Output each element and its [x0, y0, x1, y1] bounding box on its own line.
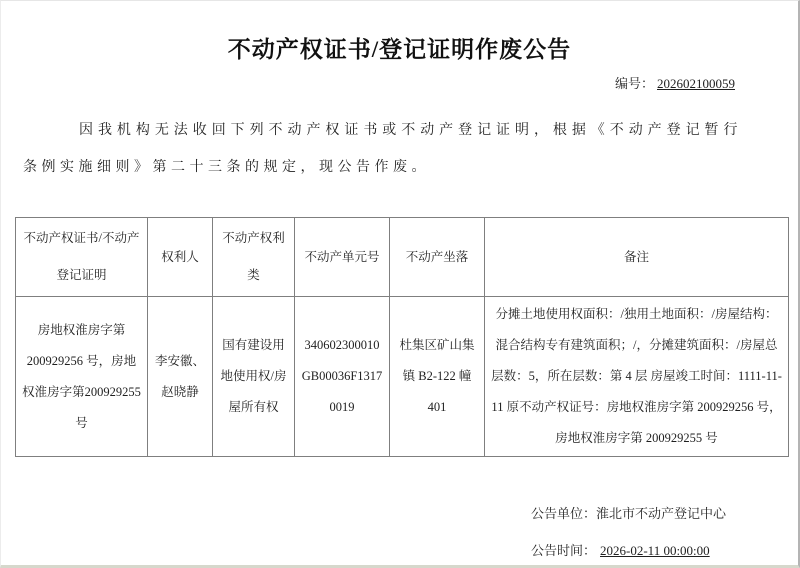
table-header-row: 不动产权证书/不动产登记证明 权利人 不动产权利类 不动产单元号 不动产坐落 备… — [16, 218, 789, 297]
footer-block: 公告单位：淮北市不动产登记中心 公告时间：2026-02-11 00:00:00 — [531, 495, 798, 568]
cell-right-holder: 李安徽、赵晓静 — [148, 297, 213, 457]
doc-number-line: 编号：202602100059 — [1, 73, 798, 92]
header-certificate-number: 不动产权证书/不动产登记证明 — [16, 218, 148, 297]
announce-unit-value: 淮北市不动产登记中心 — [596, 506, 726, 521]
cell-unit-number: 340602300010GB00036F13170019 — [295, 297, 390, 457]
doc-number-label: 编号： — [615, 76, 654, 91]
header-unit-number: 不动产单元号 — [295, 218, 390, 297]
cell-certificate-number: 房地权淮房字第200929256 号，房地权淮房字第200929255 号 — [16, 297, 148, 457]
cell-location: 杜集区矿山集镇 B2-122 幢 401 — [390, 297, 485, 457]
announce-unit-label: 公告单位： — [531, 506, 596, 521]
header-right-type: 不动产权利类 — [213, 218, 295, 297]
header-remarks: 备注 — [485, 218, 789, 297]
announce-time-line: 公告时间：2026-02-11 00:00:00 — [531, 532, 798, 568]
header-right-holder: 权利人 — [148, 218, 213, 297]
announce-unit-line: 公告单位：淮北市不动产登记中心 — [531, 495, 798, 532]
invalidation-table: 不动产权证书/不动产登记证明 权利人 不动产权利类 不动产单元号 不动产坐落 备… — [15, 217, 789, 457]
announce-time-value: 2026-02-11 00:00:00 — [596, 543, 714, 558]
announce-time-label: 公告时间： — [531, 543, 596, 558]
header-location: 不动产坐落 — [390, 218, 485, 297]
page-title: 不动产权证书/登记证明作废公告 — [1, 31, 798, 64]
cell-remarks: 分摊土地使用权面积：/独用土地面积：/房屋结构：混合结构专有建筑面积；/，分摊建… — [485, 297, 789, 457]
intro-paragraph: 因我机构无法收回下列不动产权证书或不动产登记证明，根据《不动产登记暂行条例实施细… — [23, 112, 742, 186]
cell-right-type: 国有建设用地使用权/房屋所有权 — [213, 297, 295, 457]
notice-page: 不动产权证书/登记证明作废公告 编号：202602100059 因我机构无法收回… — [0, 0, 800, 568]
doc-number-value: 202602100059 — [654, 76, 738, 91]
table-row: 房地权淮房字第200929256 号，房地权淮房字第200929255 号 李安… — [16, 297, 789, 457]
